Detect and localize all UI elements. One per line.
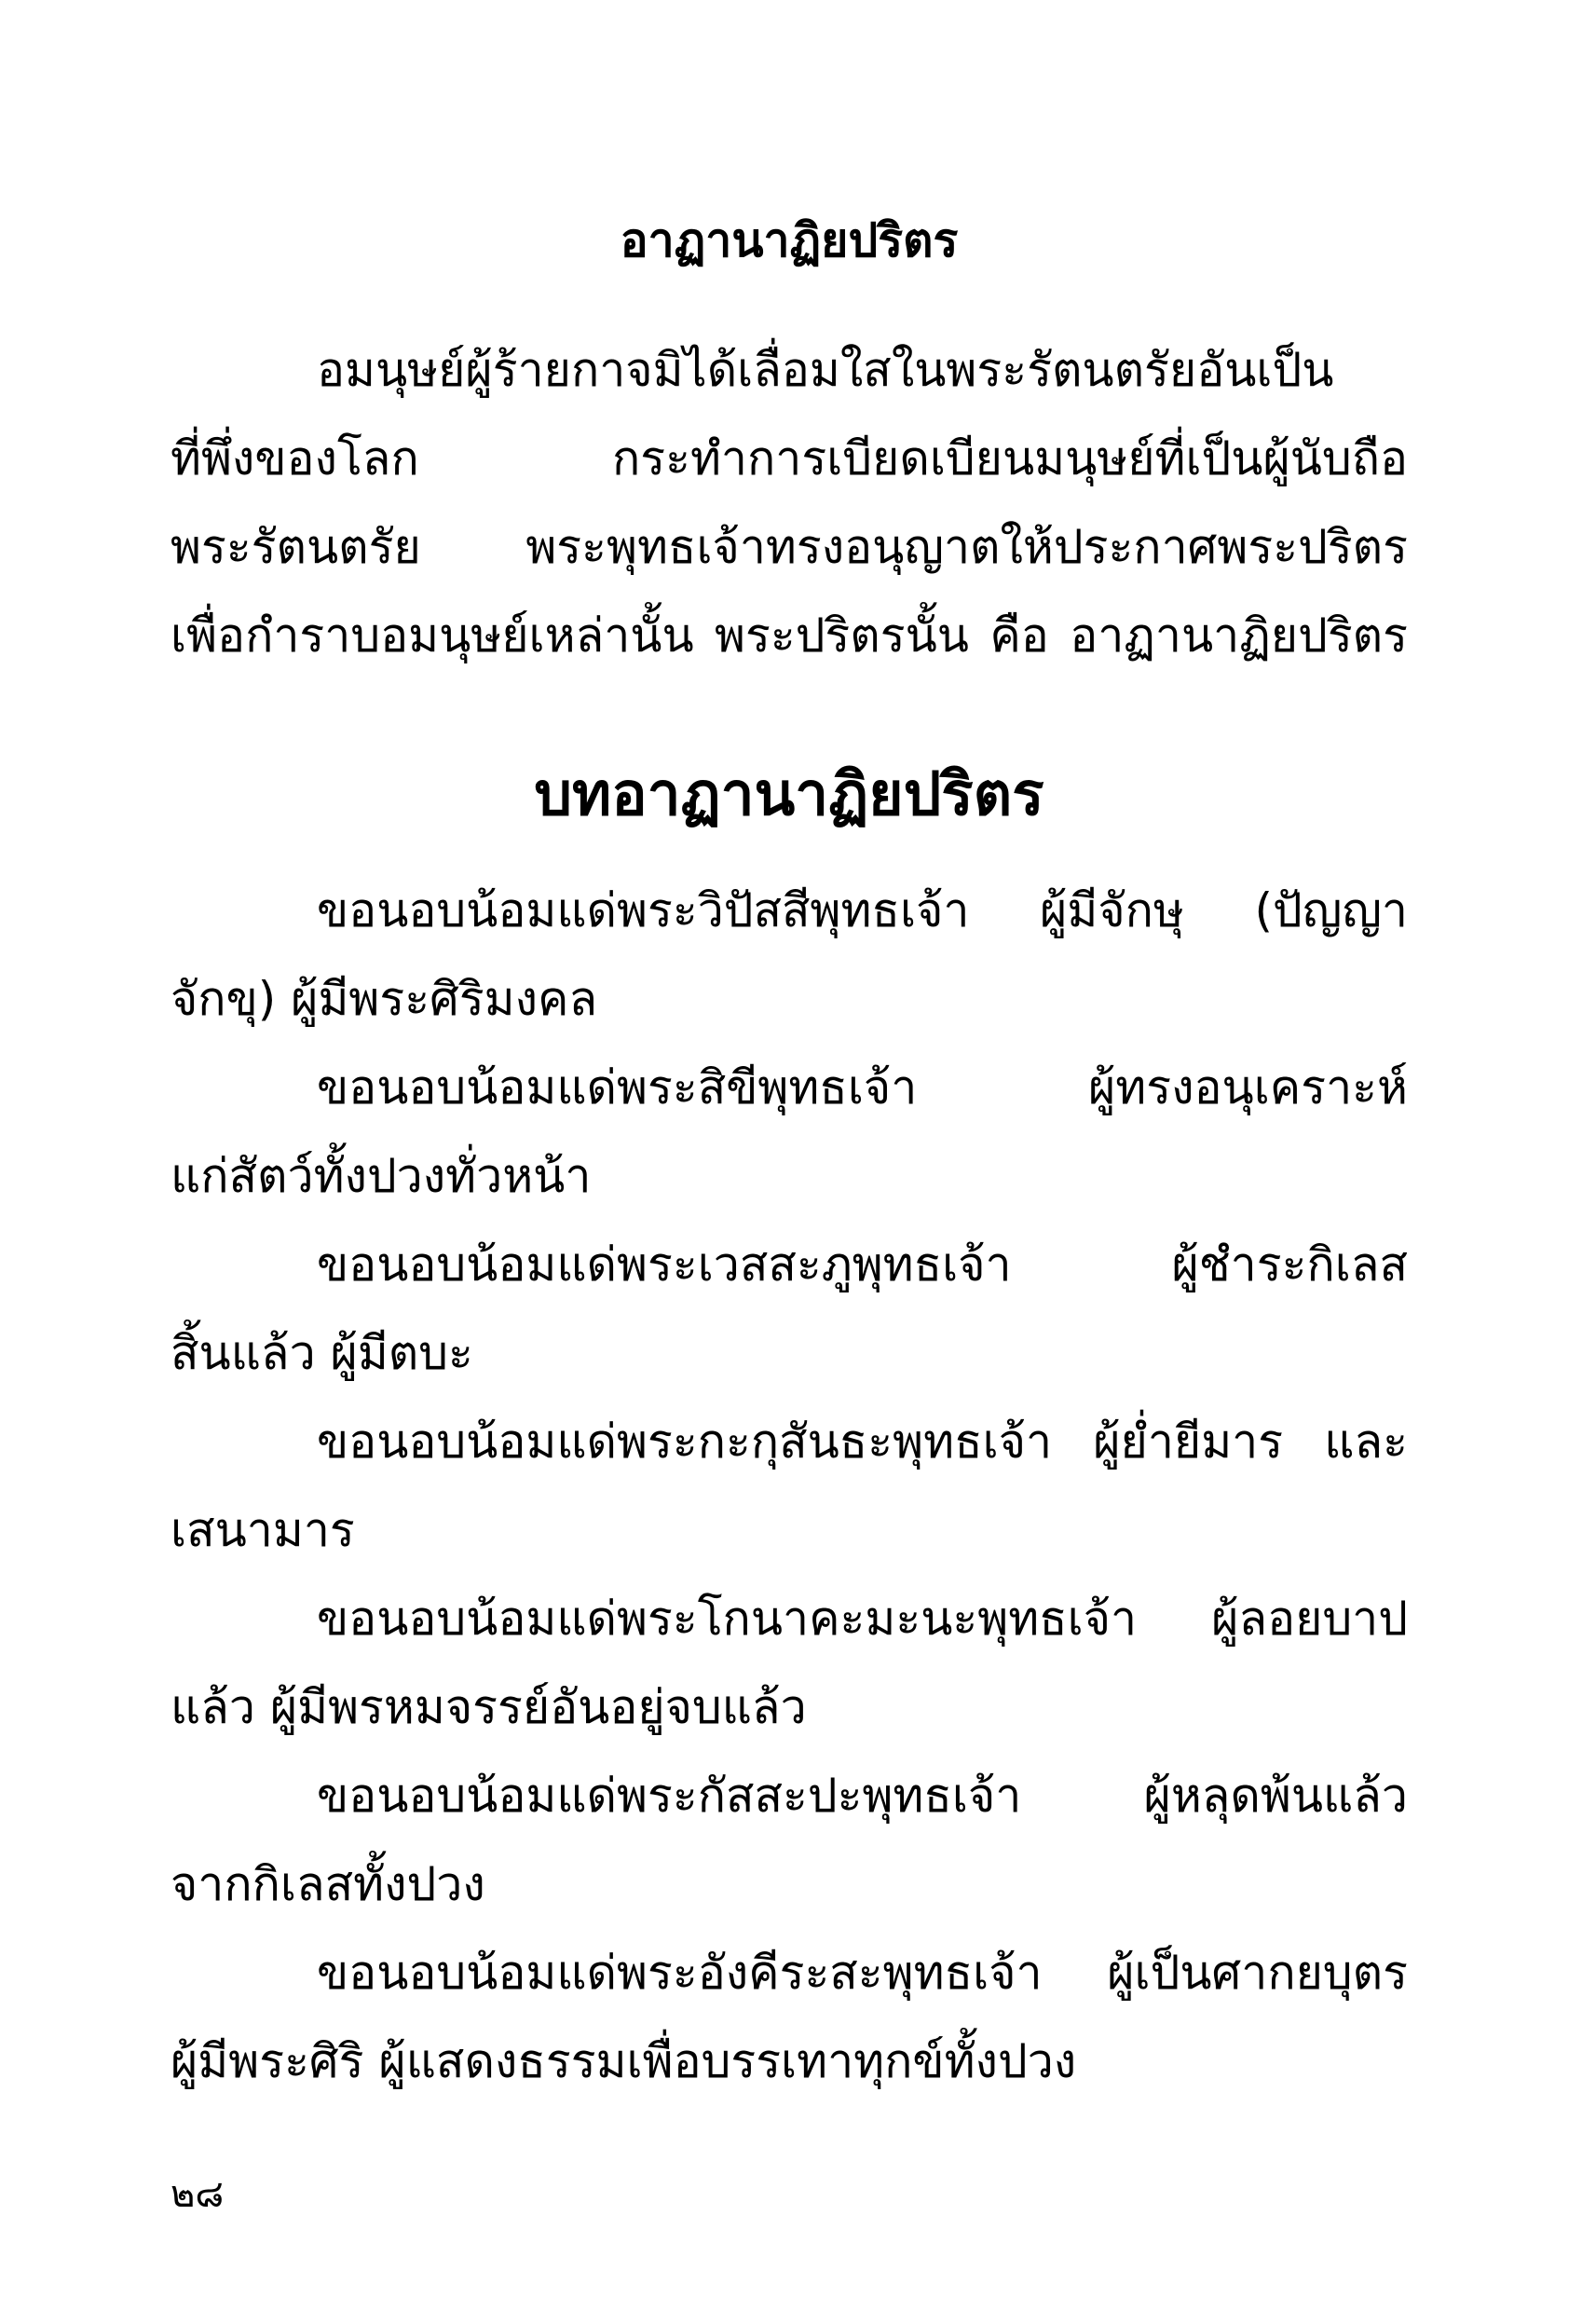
intro-paragraph: อมนุษย์ผู้ร้ายกาจมิได้เลื่อมใสในพระรัตนต… bbox=[171, 326, 1408, 680]
intro-line: ที่พึ่งของโลก กระทำการเบียดเบียนมนุษย์ที… bbox=[171, 415, 1408, 503]
verse-line-2: เสนามาร bbox=[171, 1486, 1408, 1575]
verse-line-2: แล้ว ผู้มีพรหมจรรย์อันอยู่จบแล้ว bbox=[171, 1663, 1408, 1752]
intro-line: พระรัตนตรัย พระพุทธเจ้าทรงอนุญาตให้ประกา… bbox=[171, 503, 1408, 592]
verse-line-1: ขอนอบน้อมแด่พระกะกุสันธะพุทธเจ้า ผู้ย่ำย… bbox=[171, 1398, 1408, 1486]
verse-line-1: ขอนอบน้อมแด่พระโกนาคะมะนะพุทธเจ้า ผู้ลอย… bbox=[171, 1575, 1408, 1663]
verse-line-1: ขอนอบน้อมแด่พระเวสสะภูพุทธเจ้า ผู้ชำระกิ… bbox=[171, 1221, 1408, 1309]
verse-item: ขอนอบน้อมแด่พระอังคีระสะพุทธเจ้า ผู้เป็น… bbox=[171, 1929, 1408, 2106]
section-title: อาฏานาฏิยปริตร bbox=[171, 203, 1408, 278]
verse-line-1: ขอนอบน้อมแด่พระสิขีพุทธเจ้า ผู้ทรงอนุเคร… bbox=[171, 1044, 1408, 1132]
verse-item: ขอนอบน้อมแด่พระกัสสะปะพุทธเจ้า ผู้หลุดพ้… bbox=[171, 1752, 1408, 1929]
verse-item: ขอนอบน้อมแด่พระกะกุสันธะพุทธเจ้า ผู้ย่ำย… bbox=[171, 1398, 1408, 1575]
verse-line-2: จากกิเลสทั้งปวง bbox=[171, 1840, 1408, 1929]
verse-line-2: จักขุ) ผู้มีพระศิริมงคล bbox=[171, 955, 1408, 1044]
verse-line-1: ขอนอบน้อมแด่พระกัสสะปะพุทธเจ้า ผู้หลุดพ้… bbox=[171, 1752, 1408, 1840]
verse-list: ขอนอบน้อมแด่พระวิปัสสีพุทธเจ้า ผู้มีจักษ… bbox=[171, 867, 1408, 2106]
verse-item: ขอนอบน้อมแด่พระสิขีพุทธเจ้า ผู้ทรงอนุเคร… bbox=[171, 1044, 1408, 1221]
document-page: อาฏานาฏิยปริตร อมนุษย์ผู้ร้ายกาจมิได้เลื… bbox=[171, 0, 1408, 2311]
verse-item: ขอนอบน้อมแด่พระเวสสะภูพุทธเจ้า ผู้ชำระกิ… bbox=[171, 1221, 1408, 1398]
verse-line-2: สิ้นแล้ว ผู้มีตบะ bbox=[171, 1309, 1408, 1398]
verse-item: ขอนอบน้อมแด่พระโกนาคะมะนะพุทธเจ้า ผู้ลอย… bbox=[171, 1575, 1408, 1752]
intro-line: อมนุษย์ผู้ร้ายกาจมิได้เลื่อมใสในพระรัตนต… bbox=[171, 326, 1408, 415]
verse-line-1: ขอนอบน้อมแด่พระอังคีระสะพุทธเจ้า ผู้เป็น… bbox=[171, 1929, 1408, 2017]
page-number: ๒๘ bbox=[171, 2167, 224, 2222]
intro-line: เพื่อกำราบอมนุษย์เหล่านั้น พระปริตรนั้น … bbox=[171, 592, 1408, 680]
verse-line-1: ขอนอบน้อมแด่พระวิปัสสีพุทธเจ้า ผู้มีจักษ… bbox=[171, 867, 1408, 955]
verse-line-2: แก่สัตว์ทั้งปวงทั่วหน้า bbox=[171, 1132, 1408, 1221]
verse-item: ขอนอบน้อมแด่พระวิปัสสีพุทธเจ้า ผู้มีจักษ… bbox=[171, 867, 1408, 1044]
chant-title: บทอาฏานาฏิยปริตร bbox=[171, 748, 1408, 841]
verse-line-2: ผู้มีพระศิริ ผู้แสดงธรรมเพื่อบรรเทาทุกข์… bbox=[171, 2017, 1408, 2106]
